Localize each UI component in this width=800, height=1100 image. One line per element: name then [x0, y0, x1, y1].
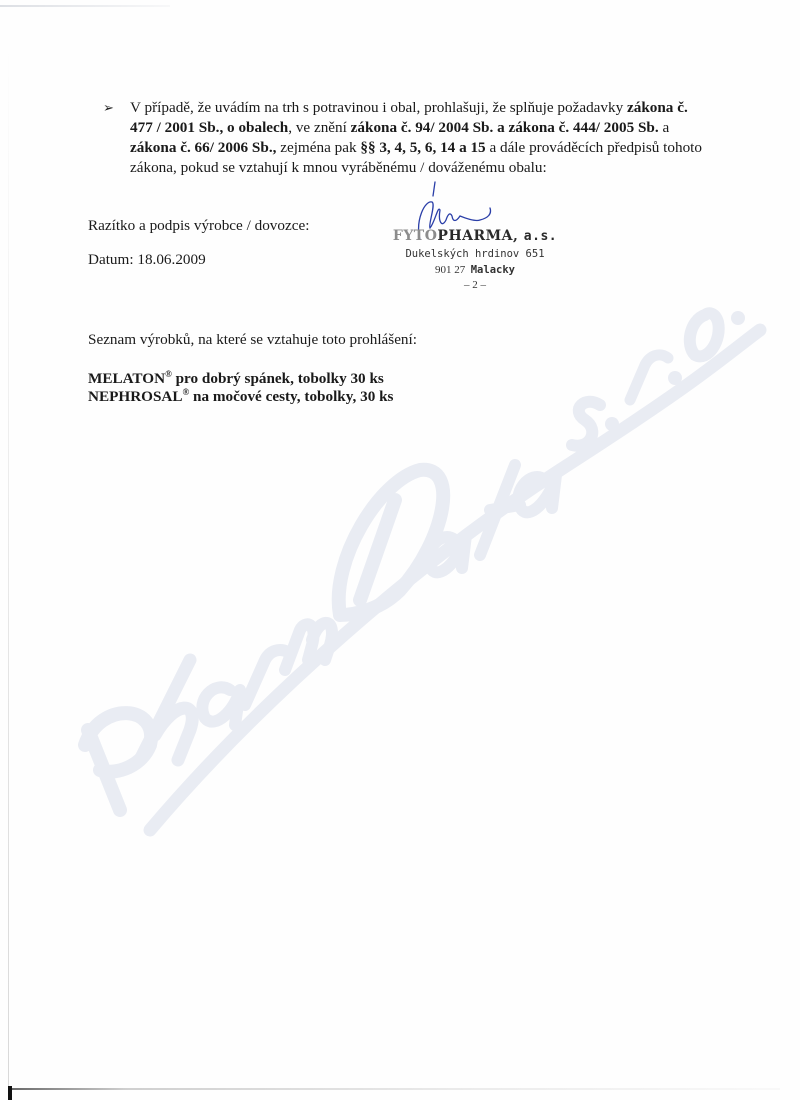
stamp-signature-label: Razítko a podpis výrobce / dovozce:	[88, 216, 309, 236]
company-stamp: FYTOPHARMA, a.s. Dukelských hrdinov 651 …	[360, 180, 590, 290]
product-item: NEPHROSAL® na močové cesty, tobolky, 30 …	[88, 388, 393, 406]
document-content: ➢ V případě, že uvádím na trh s potravin…	[0, 0, 800, 1100]
declaration-line: V případě, že uvádím na trh s potravinou…	[130, 98, 750, 118]
arrowhead-bullet-icon: ➢	[103, 99, 114, 119]
stamp-city-line: 901 27 Malacky	[370, 264, 580, 276]
stamp-company-name: FYTOPHARMA, a.s.	[370, 228, 580, 244]
product-list-intro: Seznam výrobků, na které se vztahuje tot…	[88, 330, 417, 350]
declaration-line: zákona, pokud se vztahují k mnou vyráběn…	[130, 158, 750, 178]
stamp-street: Dukelských hrdinov 651	[370, 248, 580, 260]
declaration-line: zákona č. 66/ 2006 Sb., zejména pak §§ 3…	[130, 138, 750, 158]
page-number: – 2 –	[370, 279, 580, 291]
document-page: ➢ V případě, že uvádím na trh s potravin…	[0, 0, 800, 1100]
product-item: MELATON® pro dobrý spánek, tobolky 30 ks	[88, 370, 384, 388]
packaging-declaration-paragraph: V případě, že uvádím na trh s potravinou…	[130, 98, 750, 178]
date-label: Datum: 18.06.2009	[88, 250, 206, 270]
declaration-line: 477 / 2001 Sb., o obalech, ve znění záko…	[130, 118, 750, 138]
